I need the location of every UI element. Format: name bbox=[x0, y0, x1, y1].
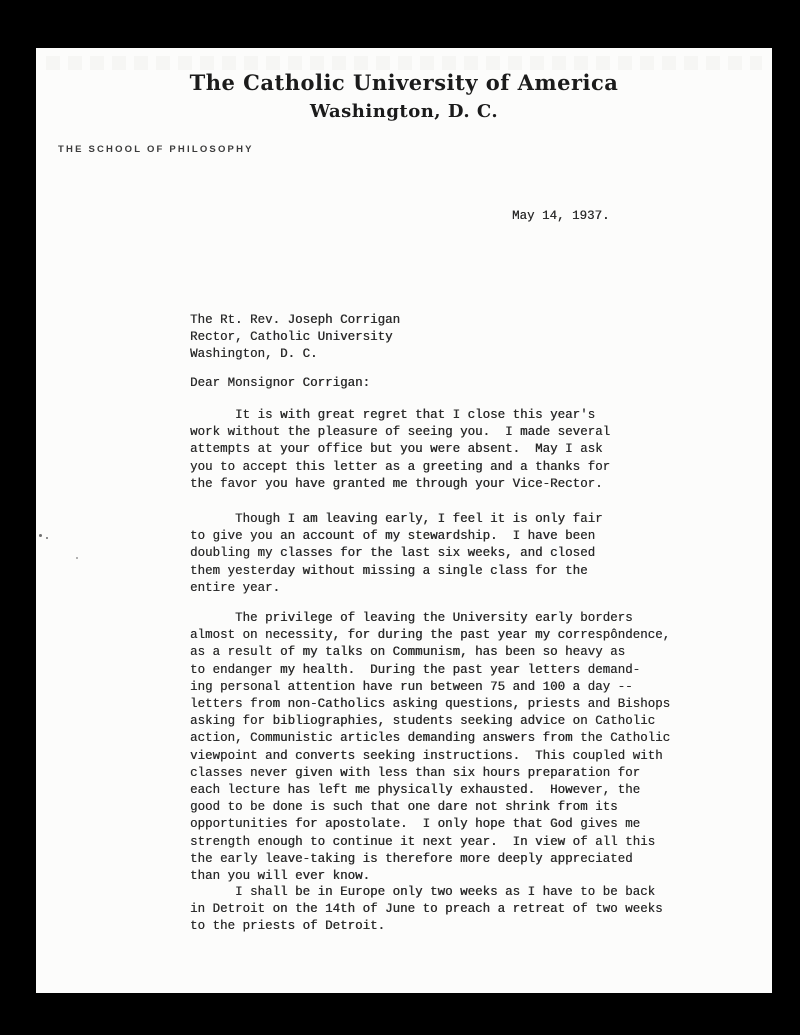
scan-artifact bbox=[39, 534, 42, 537]
scan-background: The Catholic University of America Washi… bbox=[0, 0, 800, 1035]
letterhead-city: Washington, D. C. bbox=[36, 101, 772, 122]
scan-band-artifact bbox=[46, 56, 762, 70]
paragraph-4: I shall be in Europe only two weeks as I… bbox=[190, 884, 663, 936]
scan-artifact bbox=[76, 557, 78, 559]
letterhead-department: THE SCHOOL OF PHILOSOPHY bbox=[58, 144, 254, 155]
recipient-address: The Rt. Rev. Joseph Corrigan Rector, Cat… bbox=[190, 312, 400, 364]
letter-page: The Catholic University of America Washi… bbox=[36, 48, 772, 993]
paragraph-1: It is with great regret that I close thi… bbox=[190, 407, 610, 493]
date-line: May 14, 1937. bbox=[512, 208, 610, 225]
paragraph-2: Though I am leaving early, I feel it is … bbox=[190, 511, 603, 597]
paragraph-3: The privilege of leaving the University … bbox=[190, 610, 670, 885]
salutation: Dear Monsignor Corrigan: bbox=[190, 375, 370, 392]
scan-artifact bbox=[46, 537, 48, 539]
letterhead-university: The Catholic University of America bbox=[36, 70, 772, 95]
